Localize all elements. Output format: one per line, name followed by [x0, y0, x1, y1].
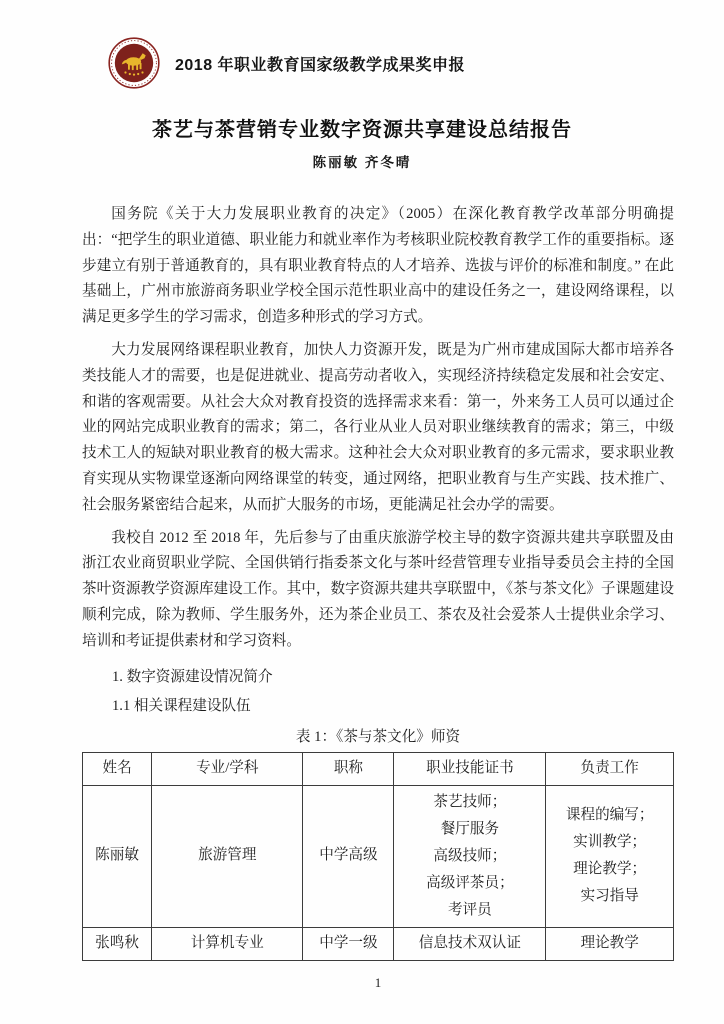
document-body: 国务院《关于大力发展职业教育的决定》（2005）在深化教育教学改革部分明确提出：…: [82, 202, 674, 995]
cell-title: 中学一级: [303, 927, 394, 960]
paragraph-2: 大力发展网络课程职业教育，加快人力资源开发，既是为广州市建成国际大都市培养各类技…: [82, 338, 674, 519]
table-row: 张鸣秋 计算机专业 中学一级 信息技术双认证 理论教学: [83, 927, 674, 960]
school-seal-icon: [108, 37, 160, 89]
section-heading-1: 1. 数字资源建设情况简介: [82, 664, 674, 691]
paragraph-3: 我校自 2012 至 2018 年，先后参与了由重庆旅游学校主导的数字资源共建共…: [82, 526, 674, 655]
cell-title: 中学高级: [303, 785, 394, 927]
col-header-major: 专业/学科: [152, 752, 303, 785]
cell-certs: 信息技术双认证: [394, 927, 546, 960]
col-header-duties: 负责工作: [546, 752, 674, 785]
cell-name: 陈丽敏: [83, 785, 152, 927]
staff-table: 姓名 专业/学科 职称 职业技能证书 负责工作 陈丽敏 旅游管理 中学高级 茶艺…: [82, 752, 674, 961]
paragraph-1: 国务院《关于大力发展职业教育的决定》（2005）在深化教育教学改革部分明确提出：…: [82, 202, 674, 331]
table-caption: 表 1：《茶与茶文化》师资: [82, 725, 674, 749]
cell-major: 计算机专业: [152, 927, 303, 960]
document-title: 茶艺与茶营销专业数字资源共享建设总结报告: [0, 113, 724, 142]
cell-major: 旅游管理: [152, 785, 303, 927]
document-authors: 陈丽敏 齐冬晴: [0, 151, 724, 171]
table-row: 陈丽敏 旅游管理 中学高级 茶艺技师； 餐厅服务 高级技师； 高级评茶员； 考评…: [83, 785, 674, 927]
page-number: 1: [82, 970, 674, 996]
cell-name: 张鸣秋: [83, 927, 152, 960]
section-heading-1-1: 1.1 相关课程建设队伍: [82, 693, 674, 720]
document-page: 2018 年职业教育国家级教学成果奖申报 茶艺与茶营销专业数字资源共享建设总结报…: [0, 0, 724, 1024]
cell-certs: 茶艺技师； 餐厅服务 高级技师； 高级评茶员； 考评员: [394, 785, 546, 927]
cell-duties: 理论教学: [546, 927, 674, 960]
header-label: 2018 年职业教育国家级教学成果奖申报: [175, 52, 465, 75]
cell-duties: 课程的编写； 实训教学； 理论教学； 实习指导: [546, 785, 674, 927]
page-header: 2018 年职业教育国家级教学成果奖申报: [108, 37, 724, 89]
col-header-name: 姓名: [83, 752, 152, 785]
col-header-title: 职称: [303, 752, 394, 785]
table-header-row: 姓名 专业/学科 职称 职业技能证书 负责工作: [83, 752, 674, 785]
col-header-certs: 职业技能证书: [394, 752, 546, 785]
